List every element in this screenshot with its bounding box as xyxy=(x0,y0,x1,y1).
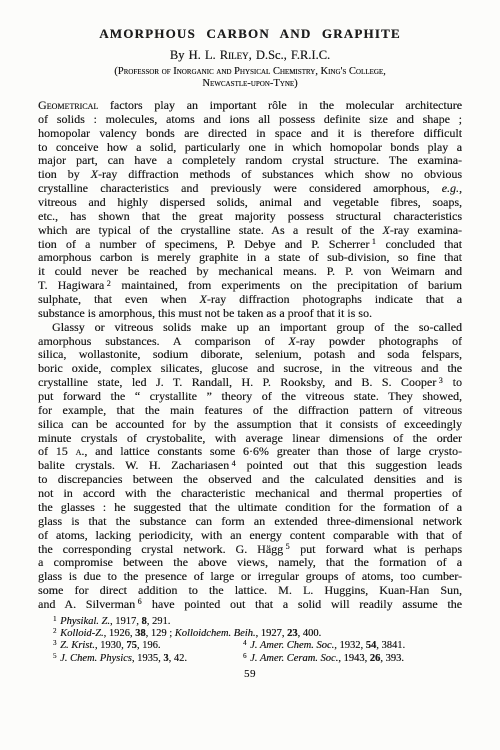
text-run: , 1930, xyxy=(95,640,127,651)
text-run: 6 xyxy=(243,652,247,660)
body-line: crystalline characteristics and previous… xyxy=(38,182,462,196)
journal-page: AMORPHOUS CARBON AND GRAPHITE By H. L. R… xyxy=(0,0,500,750)
text-run: and A. Silverman xyxy=(38,598,135,611)
body-line: amorphous carbon is merely graphite in a… xyxy=(38,251,462,265)
text-run: , 3841. xyxy=(376,640,405,651)
text-run: , D.Sc., F.R.I.C. xyxy=(249,48,331,62)
author-affiliation: (Professor of Inorganic and Physical Che… xyxy=(38,66,462,90)
text-run: 54 xyxy=(366,640,377,651)
text-run: -ray diffraction photographs indicate th… xyxy=(207,293,462,306)
text-run: major part, can have a completely random… xyxy=(38,154,462,167)
text-run: Riley xyxy=(220,48,249,62)
footnote-row: 5 J. Chem. Physics, 1935, 3, 42.6 J. Ame… xyxy=(38,653,462,665)
text-run: the corresponding crystal network. G. Hä… xyxy=(38,543,283,556)
body-line: to conceive how a solid, particularly on… xyxy=(38,141,462,155)
text-run: , 196. xyxy=(137,640,161,651)
text-run: it could never be reached by mechanical … xyxy=(38,265,462,278)
text-run: minute crystals of crystobalite, with av… xyxy=(38,432,462,445)
text-run: Kolloid-Z. xyxy=(60,628,103,639)
text-run: 3 xyxy=(439,376,443,385)
text-run: not in accord with the characteristic me… xyxy=(38,487,462,500)
body-line: T. Hagiwara2 maintained, from experiment… xyxy=(38,279,462,293)
text-run: put forward what is perhaps xyxy=(290,543,462,556)
text-run: (Professor of Inorganic and Physical Che… xyxy=(114,66,386,77)
body-line: for example, that the main features of t… xyxy=(38,404,462,418)
text-run: Physikal. Z. xyxy=(60,616,110,627)
text-run: 1 xyxy=(53,615,57,623)
text-run: of 15 xyxy=(38,445,76,458)
footnote-row: 1 Physikal. Z., 1917, 8, 291. xyxy=(38,616,462,628)
text-run: , 1932, xyxy=(334,640,366,651)
body-line: a compromise between the above views, na… xyxy=(38,556,462,570)
body-line: crystalline state, led J. T. Randall, H.… xyxy=(38,376,462,390)
text-run: which are typical of the crystalline sta… xyxy=(38,224,382,237)
paragraph: Geometrical factors play an important rô… xyxy=(38,99,462,321)
text-run: glass is that the substance can form an … xyxy=(38,515,462,528)
text-run: Glassy or vitreous solids make up an imp… xyxy=(52,321,462,334)
body-line: homopolar valency bonds are directed in … xyxy=(38,127,462,141)
body-line: it could never be reached by mechanical … xyxy=(38,265,462,279)
text-run: 5 xyxy=(286,543,290,552)
text-run: Geometrical xyxy=(38,99,98,112)
body-line: which are typical of the crystalline sta… xyxy=(38,224,462,238)
footnote: 4 J. Amer. Chem. Soc., 1932, 54, 3841. xyxy=(243,640,405,652)
text-run: J. Amer. Chem. Soc. xyxy=(250,640,334,651)
text-run: balite crystals. W. H. Zachariasen xyxy=(38,459,229,472)
text-run: 5 xyxy=(53,652,57,660)
text-run: J. Chem. Physics xyxy=(60,653,132,664)
body-line: etc., has shown that the great majority … xyxy=(38,210,462,224)
text-run: Kolloidchem. Beih. xyxy=(175,628,256,639)
text-run: X xyxy=(288,335,295,348)
text-run: the glasses : he suggested that the ulti… xyxy=(38,501,462,514)
text-run: 3 xyxy=(53,639,57,647)
text-run: substance is amorphous, this must not be… xyxy=(38,307,372,320)
body-line: of atoms, lacking periodicity, with an e… xyxy=(38,529,462,543)
body-line: sulphate, that even when X-ray diffracti… xyxy=(38,293,462,307)
body-line: the glasses : he suggested that the ulti… xyxy=(38,501,462,515)
body-line: of 15 a., and lattice constants some 6·6… xyxy=(38,445,462,459)
text-run: , 42. xyxy=(169,653,187,664)
body-line: vitreous and highly dispersed solids, an… xyxy=(38,196,462,210)
text-run: , 291. xyxy=(147,616,171,627)
page-number: 59 xyxy=(38,668,462,680)
text-run: Newcastle-upon-Tyne) xyxy=(202,78,297,89)
paragraph: Glassy or vitreous solids make up an imp… xyxy=(38,321,462,612)
body-line: to discrepancies between the observed an… xyxy=(38,473,462,487)
text-run: By H. L. xyxy=(170,48,220,62)
text-run: e.g., xyxy=(442,182,462,195)
text-run: -ray examina- xyxy=(390,224,462,237)
text-run: X xyxy=(199,293,206,306)
text-run: X xyxy=(91,168,98,181)
footnote-row: 2 Kolloid-Z., 1926, 38, 129 ; Kolloidche… xyxy=(38,628,462,640)
body-line: of solids : molecules, atoms and ions al… xyxy=(38,113,462,127)
text-run: amorphous substances. A comparison of xyxy=(38,335,288,348)
body-line: not in accord with the characteristic me… xyxy=(38,487,462,501)
text-run: concluded that xyxy=(376,238,462,251)
footnote: 2 Kolloid-Z., 1926, 38, 129 ; Kolloidche… xyxy=(53,628,321,639)
text-run: ., and lattice constants some 6·6% great… xyxy=(81,445,462,458)
text-run: -ray diffraction methods of substances w… xyxy=(98,168,462,181)
text-run: to conceive how a solid, particularly on… xyxy=(38,141,462,154)
text-run: , 1917, xyxy=(110,616,142,627)
text-run: J. Amer. Ceram. Soc. xyxy=(250,653,338,664)
footnote: 6 J. Amer. Ceram. Soc., 1943, 26, 393. xyxy=(243,653,404,665)
text-run: to xyxy=(443,376,462,389)
body-line: put forward the “ crystallite ” theory o… xyxy=(38,390,462,404)
body-line: major part, can have a completely random… xyxy=(38,154,462,168)
text-run: , 393. xyxy=(380,653,404,664)
text-run: amorphous carbon is merely graphite in a… xyxy=(38,251,462,264)
body-line: Geometrical factors play an important rô… xyxy=(38,99,462,113)
footnote: 3 Z. Krist., 1930, 75, 196. xyxy=(38,640,243,652)
text-run: glass is due to the presence of large or… xyxy=(38,570,462,583)
text-run: etc., has shown that the great majority … xyxy=(38,210,462,223)
text-run: for example, that the main features of t… xyxy=(38,404,462,417)
text-run: maintained, from experiments on the prec… xyxy=(111,279,462,292)
text-run: , 1935, xyxy=(132,653,164,664)
text-run: Z. Krist. xyxy=(60,640,95,651)
text-run: crystalline characteristics and previous… xyxy=(38,182,442,195)
text-run: vitreous and highly dispersed solids, an… xyxy=(38,196,462,209)
affiliation-line-1: (Professor of Inorganic and Physical Che… xyxy=(38,66,462,78)
footnotes: 1 Physikal. Z., 1917, 8, 291.2 Kolloid-Z… xyxy=(38,616,462,665)
text-run: have pointed out that a solid will readi… xyxy=(142,598,462,611)
text-run: 2 xyxy=(53,627,57,635)
text-run: sulphate, that even when xyxy=(38,293,199,306)
body-line: the corresponding crystal network. G. Hä… xyxy=(38,543,462,557)
text-run: 75 xyxy=(126,640,137,651)
affiliation-line-2: Newcastle-upon-Tyne) xyxy=(38,78,462,90)
text-run: crystalline state, led J. T. Randall, H.… xyxy=(38,376,436,389)
body-line: glass is due to the presence of large or… xyxy=(38,570,462,584)
body-line: glass is that the substance can form an … xyxy=(38,515,462,529)
body-line: some for direct addition to the lattice.… xyxy=(38,584,462,598)
text-run: put forward the “ crystallite ” theory o… xyxy=(38,390,462,403)
text-run: boric oxide, complex silicates, glucose … xyxy=(38,362,462,375)
text-run: 1 xyxy=(372,238,376,247)
text-run: , 1943, xyxy=(338,653,370,664)
text-run: silica can be accounted for by the assum… xyxy=(38,418,462,431)
text-run: tion of a number of specimens, P. Debye … xyxy=(38,238,369,251)
body-line: and A. Silverman6 have pointed out that … xyxy=(38,598,462,612)
body-line: silica, wollastonite, sodium diborate, s… xyxy=(38,348,462,362)
text-run: some for direct addition to the lattice.… xyxy=(38,584,462,597)
body-line: tion of a number of specimens, P. Debye … xyxy=(38,238,462,252)
body-line: tion by X-ray diffraction methods of sub… xyxy=(38,168,462,182)
text-run: pointed out that this suggestion leads xyxy=(236,459,462,472)
text-run: , 1926, xyxy=(104,628,136,639)
text-run: 23 xyxy=(287,628,298,639)
body-line: silica can be accounted for by the assum… xyxy=(38,418,462,432)
body-line: balite crystals. W. H. Zachariasen4 poin… xyxy=(38,459,462,473)
body-text: Geometrical factors play an important rô… xyxy=(38,99,462,612)
body-line: Glassy or vitreous solids make up an imp… xyxy=(38,321,462,335)
text-run: 6 xyxy=(138,598,142,607)
body-line: substance is amorphous, this must not be… xyxy=(38,307,462,321)
footnote-row: 3 Z. Krist., 1930, 75, 196.4 J. Amer. Ch… xyxy=(38,640,462,652)
text-run: , 400. xyxy=(298,628,322,639)
footnote: 5 J. Chem. Physics, 1935, 3, 42. xyxy=(38,653,243,665)
text-run: homopolar valency bonds are directed in … xyxy=(38,127,462,140)
text-run: tion by xyxy=(38,168,91,181)
text-run: 2 xyxy=(107,279,111,288)
text-run: 38 xyxy=(135,628,146,639)
body-line: boric oxide, complex silicates, glucose … xyxy=(38,362,462,376)
body-line: minute crystals of crystobalite, with av… xyxy=(38,432,462,446)
footnote: 1 Physikal. Z., 1917, 8, 291. xyxy=(53,616,170,627)
article-title: AMORPHOUS CARBON AND GRAPHITE xyxy=(38,26,462,41)
text-run: of atoms, lacking periodicity, with an e… xyxy=(38,529,462,542)
text-run: 4 xyxy=(232,459,236,468)
text-run: a compromise between the above views, na… xyxy=(38,556,462,569)
text-run: factors play an important rôle in the mo… xyxy=(98,99,462,112)
text-run: to discrepancies between the observed an… xyxy=(38,473,462,486)
text-run: of solids : molecules, atoms and ions al… xyxy=(38,113,462,126)
author-byline: By H. L. Riley, D.Sc., F.R.I.C. xyxy=(38,48,462,63)
text-run: 26 xyxy=(370,653,381,664)
body-line: amorphous substances. A comparison of X-… xyxy=(38,335,462,349)
text-run: X xyxy=(382,224,389,237)
text-run: T. Hagiwara xyxy=(38,279,104,292)
text-run: -ray powder photographs of xyxy=(296,335,462,348)
text-run: 4 xyxy=(243,639,247,647)
text-run: , 1927, xyxy=(256,628,288,639)
text-run: , 129 ; xyxy=(146,628,175,639)
text-run: silica, wollastonite, sodium diborate, s… xyxy=(38,348,462,361)
page-content: AMORPHOUS CARBON AND GRAPHITE By H. L. R… xyxy=(38,26,462,680)
